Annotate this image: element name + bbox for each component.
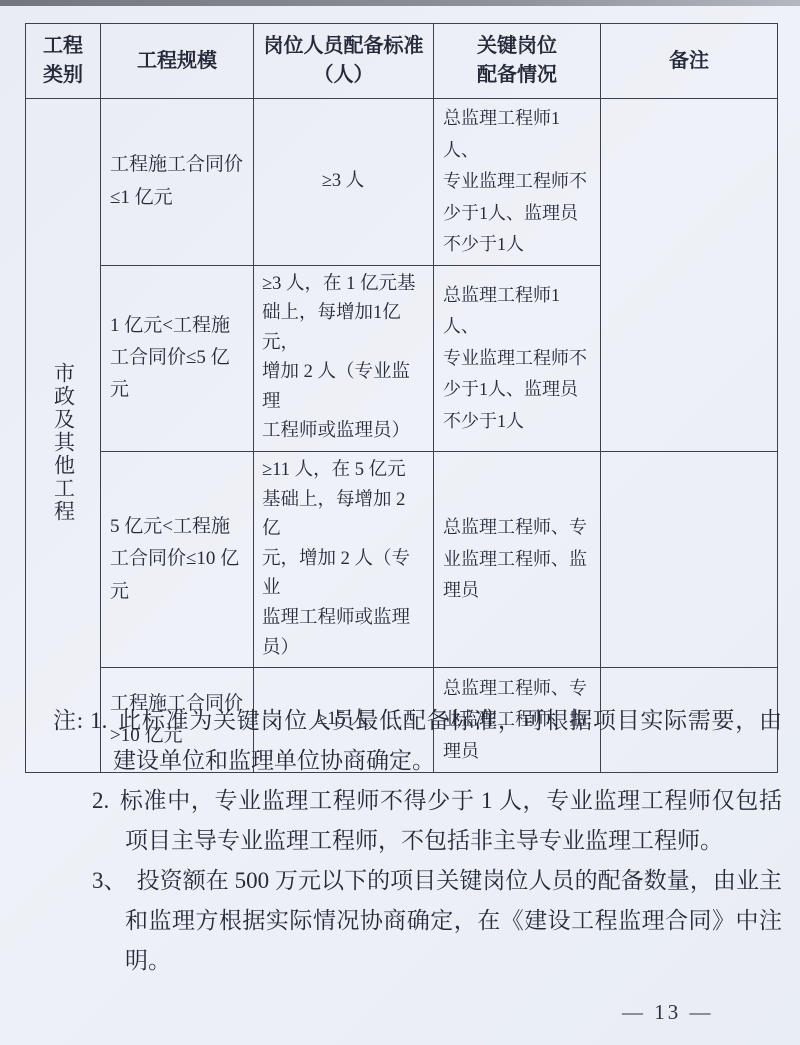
cell-scale-row1: 工程施工合同价 ≤1 亿元 [101,99,254,266]
cell-scale-row2: 1 亿元<工程施 工合同价≤5 亿 元 [101,265,254,452]
note-marker-2: 2. [92,788,109,813]
cell-key-positions-row1: 总监理工程师1人、 专业监理工程师不 少于1人、监理员 不少于1人 [434,99,601,266]
cell-remark-row3 [601,452,778,668]
notes-section: 注:1.此标准为关键岗位人员最低配备标准，可根据项目实际需要，由建设单位和监理单… [0,701,782,981]
cell-standard-row3: ≥11 人，在 5 亿元 基础上，每增加 2 亿 元，增加 2 人（专业 监理工… [254,452,434,668]
note-item-1: 注:1.此标准为关键岗位人员最低配备标准，可根据项目实际需要，由建设单位和监理单… [0,701,782,781]
page-number: — 13 — [622,1000,714,1025]
note-text-1: 此标准为关键岗位人员最低配备标准，可根据项目实际需要，由建设单位和监理单位协商确… [113,708,782,773]
cell-standard-row1: ≥3 人 [254,99,434,266]
col-header-staffing-standard: 岗位人员配备标准 （人） [254,24,434,99]
scan-edge-artifact [0,0,800,6]
table-header-row: 工程 类别 工程规模 岗位人员配备标准 （人） 关键岗位 配备情况 备注 [26,24,778,99]
staffing-standards-table: 工程 类别 工程规模 岗位人员配备标准 （人） 关键岗位 配备情况 备注 市政及… [25,23,778,773]
note-text-2: 标准中，专业监理工程师不得少于 1 人，专业监理工程师仅包括项目主导专业监理工程… [119,788,782,853]
table-row: 5 亿元<工程施 工合同价≤10 亿 元 ≥11 人，在 5 亿元 基础上，每增… [26,452,778,668]
category-vertical-label: 市政及其他工程 [51,362,74,523]
col-header-project-scale: 工程规模 [101,24,254,99]
cell-remark-rows1-2 [601,99,778,452]
notes-label: 注: [53,708,83,733]
table-row: 市政及其他工程 工程施工合同价 ≤1 亿元 ≥3 人 总监理工程师1人、 专业监… [26,99,778,266]
note-marker-3: 3、 [92,868,127,893]
note-item-2: 2.标准中，专业监理工程师不得少于 1 人，专业监理工程师仅包括项目主导专业监理… [0,781,782,861]
cell-category-municipal-and-other: 市政及其他工程 [26,99,101,773]
cell-key-positions-row3: 总监理工程师、专 业监理工程师、监 理员 [434,452,601,668]
col-header-remark: 备注 [601,24,778,99]
note-item-3: 3、投资额在 500 万元以下的项目关键岗位人员的配备数量，由业主和监理方根据实… [0,861,782,981]
col-header-key-positions: 关键岗位 配备情况 [434,24,601,99]
cell-scale-row3: 5 亿元<工程施 工合同价≤10 亿 元 [101,452,254,668]
cell-key-positions-row2: 总监理工程师1人、 专业监理工程师不 少于1人、监理员 不少于1人 [434,265,601,452]
document-page: 工程 类别 工程规模 岗位人员配备标准 （人） 关键岗位 配备情况 备注 市政及… [0,0,800,1045]
note-marker-1: 1. [90,708,107,733]
cell-standard-row2: ≥3 人，在 1 亿元基 础上，每增加1亿元， 增加 2 人（专业监理 工程师或… [254,265,434,452]
note-text-3: 投资额在 500 万元以下的项目关键岗位人员的配备数量，由业主和监理方根据实际情… [125,868,782,973]
col-header-project-category: 工程 类别 [26,24,101,99]
